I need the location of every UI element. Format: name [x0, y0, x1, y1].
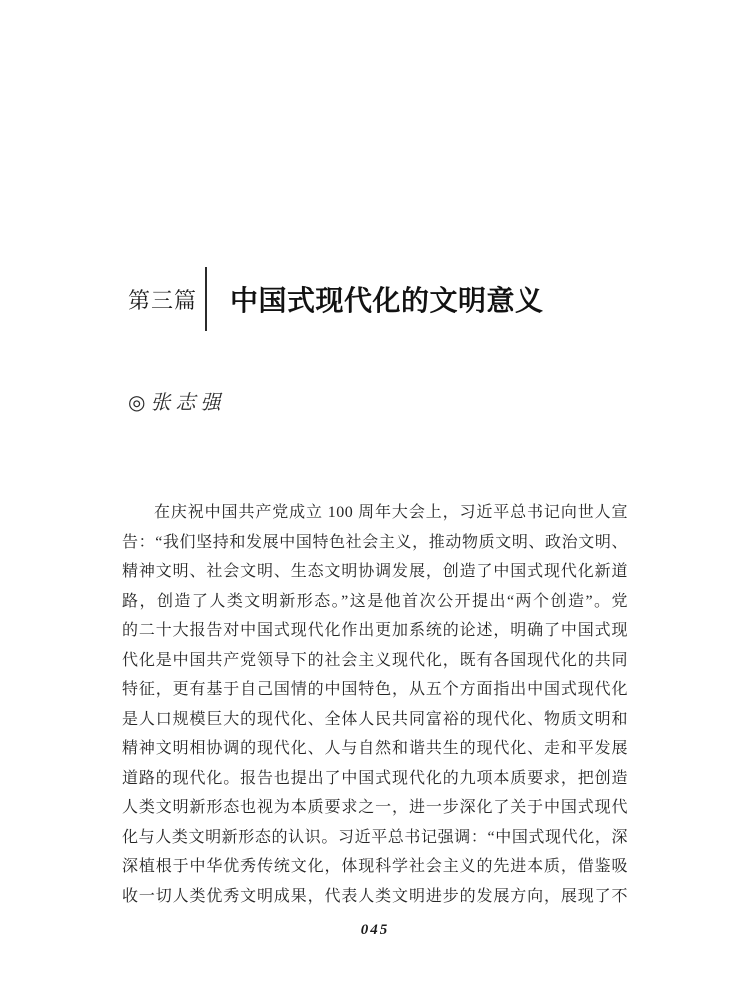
body-text-line: 在庆祝中国共产党成立 100 周年大会上，习近平总书记向世人宣 — [122, 498, 628, 528]
author-byline: ◎张志强 — [128, 386, 225, 415]
body-text-line: 精神文明相协调的现代化、人与自然和谐共生的现代化、走和平发展 — [122, 734, 628, 764]
body-text-line: 代化是中国共产党领导下的社会主义现代化，既有各国现代化的共同 — [122, 646, 628, 676]
page-number: 045 — [0, 922, 750, 939]
body-paragraph: 在庆祝中国共产党成立 100 周年大会上，习近平总书记向世人宣告：“我们坚持和发… — [122, 498, 628, 911]
chapter-header: 第三篇 中国式现代化的文明意义 — [128, 266, 544, 332]
body-text-line: 的二十大报告对中国式现代化作出更加系统的论述，明确了中国式现 — [122, 616, 628, 646]
chapter-title: 中国式现代化的文明意义 — [230, 279, 544, 319]
body-text-line: 精神文明、社会文明、生态文明协调发展，创造了中国式现代化新道 — [122, 557, 628, 587]
body-text-line: 是人口规模巨大的现代化、全体人民共同富裕的现代化、物质文明和 — [122, 705, 628, 735]
body-text-line: 深植根于中华优秀传统文化，体现科学社会主义的先进本质，借鉴吸 — [122, 852, 628, 882]
body-text-line: 收一切人类优秀文明成果，代表人类文明进步的发展方向，展现了不 — [122, 882, 628, 912]
part-label: 第三篇 — [128, 284, 197, 315]
header-divider-line — [205, 267, 207, 331]
body-text-line: 化与人类文明新形态的认识。习近平总书记强调：“中国式现代化，深 — [122, 823, 628, 853]
book-page: 第三篇 中国式现代化的文明意义 ◎张志强 在庆祝中国共产党成立 100 周年大会… — [0, 0, 750, 1000]
body-text-line: 路，创造了人类文明新形态。”这是他首次公开提出“两个创造”。党 — [122, 587, 628, 617]
body-text-line: 特征，更有基于自己国情的中国特色，从五个方面指出中国式现代化 — [122, 675, 628, 705]
body-text-line: 道路的现代化。报告也提出了中国式现代化的九项本质要求，把创造 — [122, 764, 628, 794]
body-text-line: 告：“我们坚持和发展中国特色社会主义，推动物质文明、政治文明、 — [122, 528, 628, 558]
body-text-line: 人类文明新形态也视为本质要求之一，进一步深化了关于中国式现代 — [122, 793, 628, 823]
